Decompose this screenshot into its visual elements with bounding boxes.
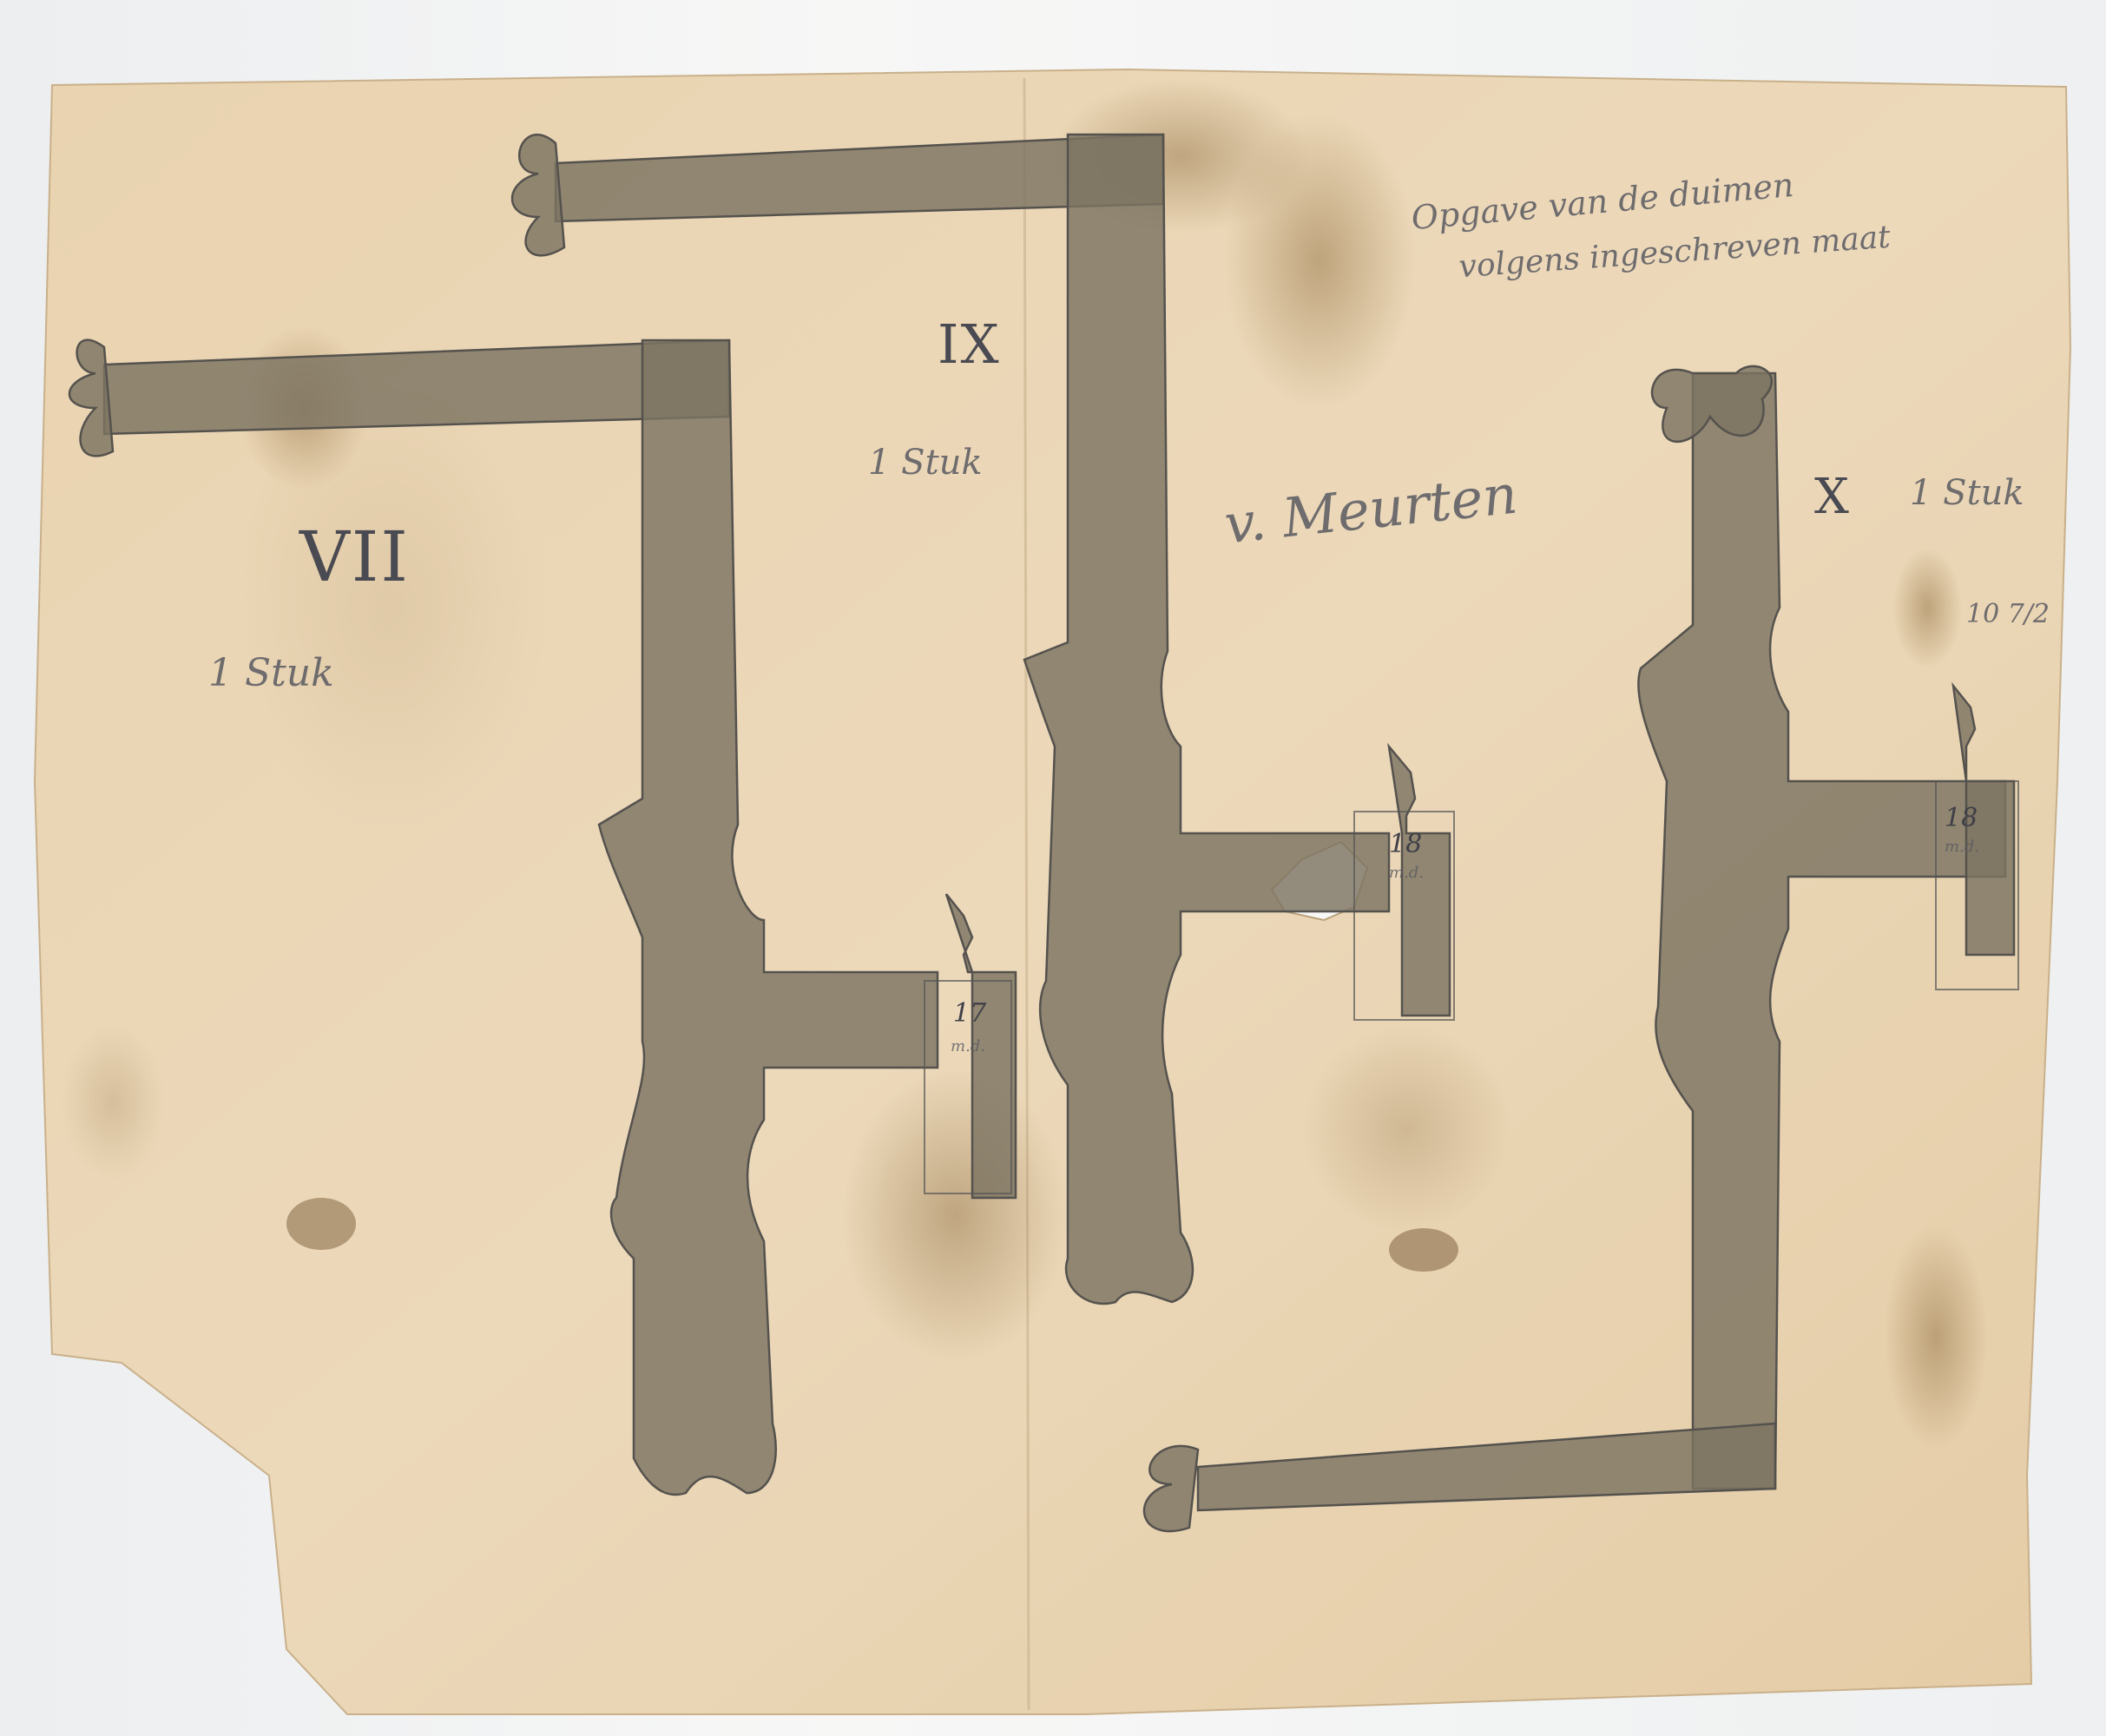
document-viewer: Opgave van de duimen volgens ingeschreve…	[0, 0, 2106, 1736]
hinge-ix-pin-unit: m.d.	[1389, 864, 1424, 882]
hinge-x-numeral: X	[1814, 469, 1851, 525]
hinge-vii-quantity: 1 Stuk	[208, 651, 334, 695]
hinge-x-pin-unit: m.d.	[1945, 838, 1979, 856]
hinge-ix-pin-size: 18	[1389, 829, 1422, 859]
hinge-vii-numeral: VII	[299, 516, 410, 597]
hinge-vii-pin-size: 17	[953, 998, 986, 1029]
hinge-x-quantity: 1 Stuk	[1910, 473, 2024, 513]
hinge-x-pin-size: 18	[1945, 803, 1978, 833]
hinge-ix-quantity: 1 Stuk	[868, 443, 983, 483]
hinge-ix-numeral: IX	[938, 312, 1001, 376]
dimension-note: 10 7/2	[1966, 599, 2050, 629]
hinge-vii-pin-unit: m.d.	[951, 1037, 985, 1055]
